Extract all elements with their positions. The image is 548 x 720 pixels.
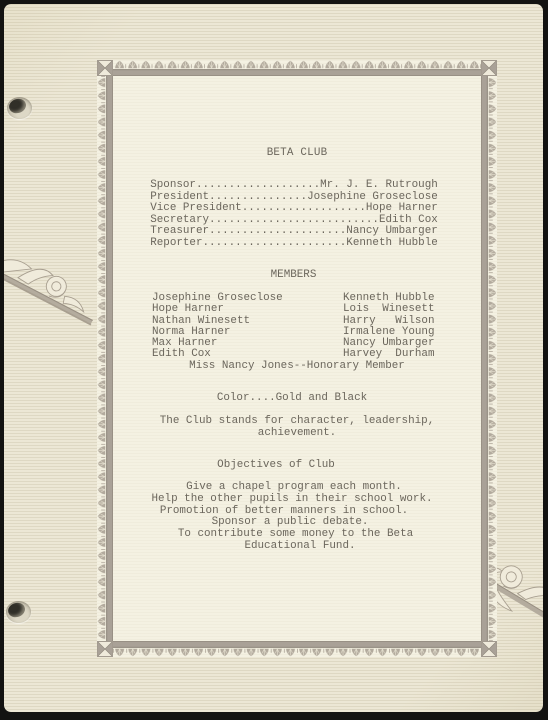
document-content: BETA CLUB Sponsor...................Mr. … (97, 60, 497, 657)
hole-punch-top (7, 97, 32, 119)
scrapbook-page: BETA CLUB Sponsor...................Mr. … (4, 4, 543, 712)
members-column-right: Kenneth HubbleLois WinesettHarry WilsonI… (343, 293, 435, 361)
officer-line: Sponsor...................Mr. J. E. Rutr… (94, 180, 494, 192)
motto-line: The Club stands for character, leadershi… (97, 416, 497, 428)
hole-punch-bottom (6, 601, 31, 623)
page-title: BETA CLUB (97, 147, 497, 159)
members-column-left: Josephine GrosecloseHope HarnerNathan Wi… (152, 293, 283, 361)
objective-line: Educational Fund. (100, 541, 500, 553)
scanned-photo-frame: BETA CLUB Sponsor...................Mr. … (0, 0, 548, 720)
motto-line: achievement. (97, 428, 497, 440)
club-motto: The Club stands for character, leadershi… (97, 416, 497, 439)
honorary-member-note: Miss Nancy Jones--Honorary Member (97, 360, 497, 372)
objective-line: Help the other pupils in their school wo… (92, 494, 492, 506)
members-heading: MEMBERS (94, 269, 494, 281)
officers-list: Sponsor...................Mr. J. E. Rutr… (94, 180, 494, 250)
member-name: Hope Harner (152, 304, 283, 315)
objective-line: To contribute some money to the Beta (96, 529, 496, 541)
member-name: Lois Winesett (343, 304, 435, 315)
officer-line: Reporter......................Kenneth Hu… (94, 238, 494, 250)
club-color-line: Color....Gold and Black (92, 392, 492, 404)
objectives-heading: Objectives of Club (76, 459, 476, 471)
objective-line: Give a chapel program each month. (94, 482, 494, 494)
objectives-list: Give a chapel program each month.Help th… (97, 482, 497, 553)
